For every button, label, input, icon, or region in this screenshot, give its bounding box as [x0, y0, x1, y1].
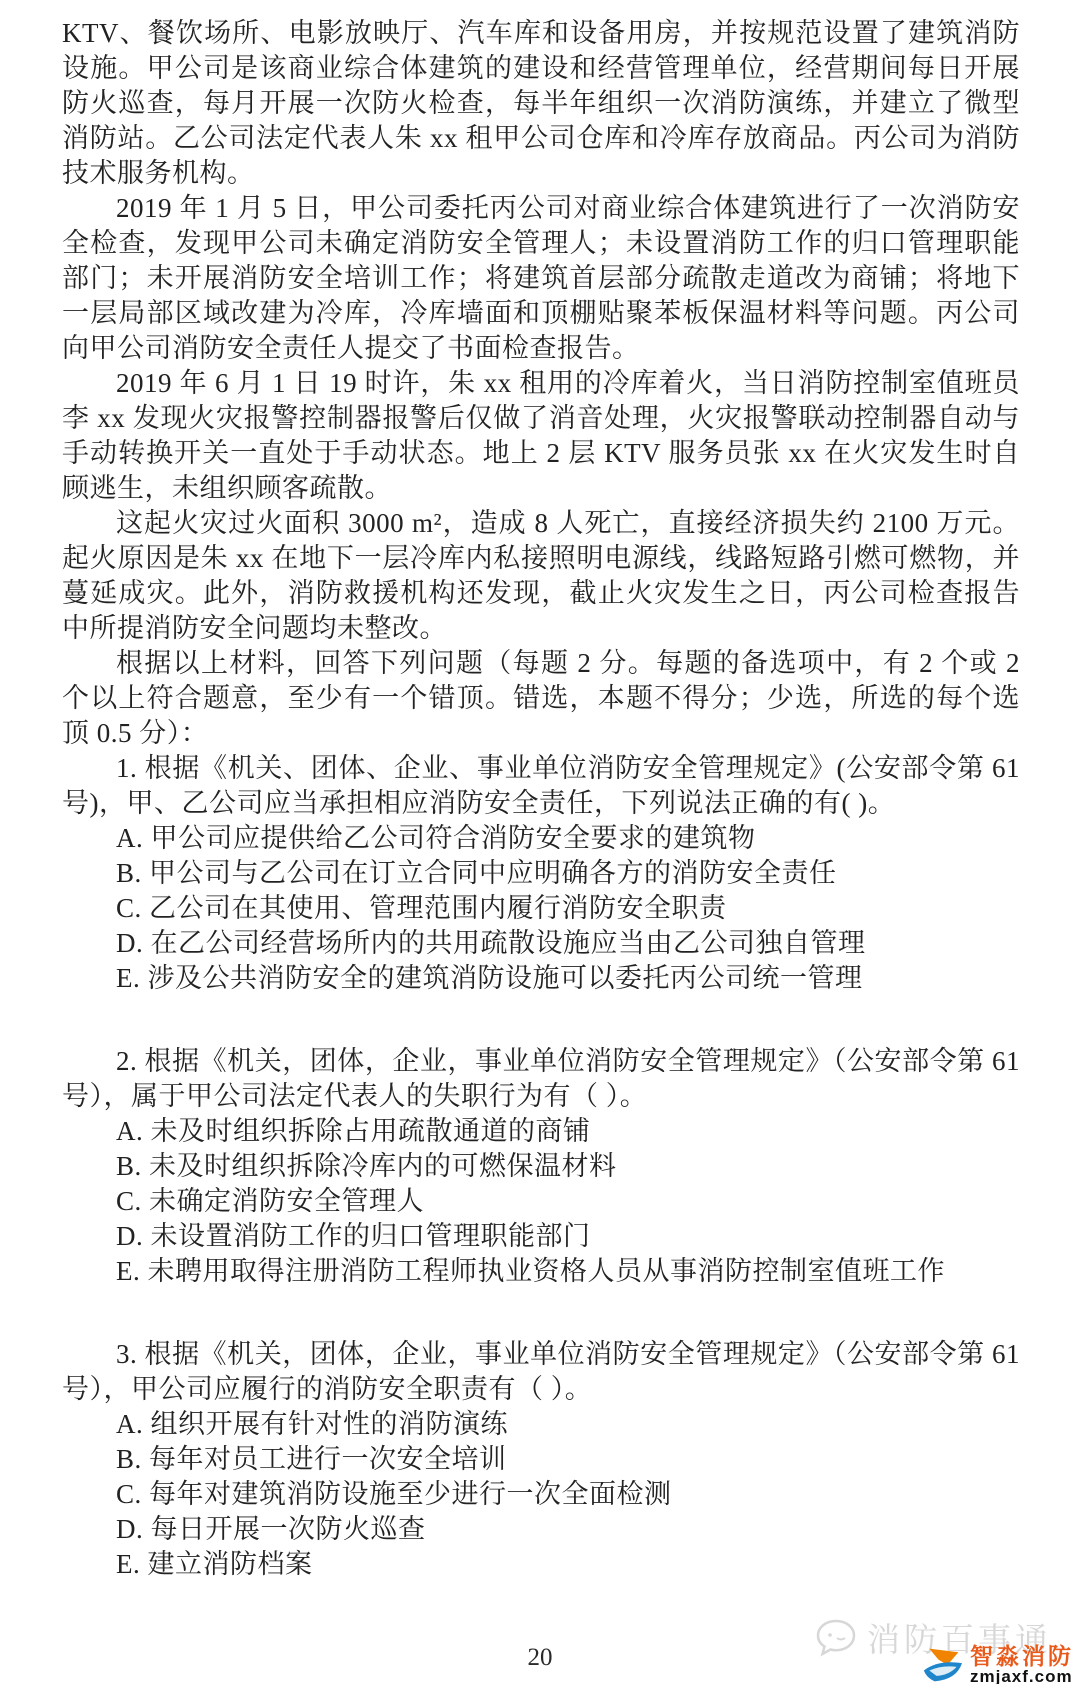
question-1-option-e: E. 涉及公共消防安全的建筑消防设施可以委托丙公司统一管理: [62, 961, 1020, 996]
question-3-stem: 3. 根据《机关，团体，企业，事业单位消防安全管理规定》（公安部令第 61 号）…: [62, 1337, 1020, 1407]
question-2-option-b: B. 未及时组织拆除冷库内的可燃保温材料: [62, 1149, 1020, 1184]
question-2-option-d: D. 未设置消防工作的归口管理职能部门: [62, 1219, 1020, 1254]
case-paragraph-continuation: KTV、餐饮场所、电影放映厅、汽车库和设备用房，并按规范设置了建筑消防设施。甲公…: [62, 16, 1020, 191]
page-content: KTV、餐饮场所、电影放映厅、汽车库和设备用房，并按规范设置了建筑消防设施。甲公…: [62, 16, 1020, 1582]
question-2-option-e: E. 未聘用取得注册消防工程师执业资格人员从事消防控制室值班工作: [62, 1254, 1020, 1289]
question-1-option-b: B. 甲公司与乙公司在订立合同中应明确各方的消防安全责任: [62, 856, 1020, 891]
document-page: KTV、餐饮场所、电影放映厅、汽车库和设备用房，并按规范设置了建筑消防设施。甲公…: [0, 0, 1080, 1684]
case-paragraph-fire-incident: 2019 年 6 月 1 日 19 时许，朱 xx 租用的冷库着火，当日消防控制…: [62, 366, 1020, 506]
question-3-option-d: D. 每日开展一次防火巡查: [62, 1512, 1020, 1547]
question-1-stem: 1. 根据《机关、团体、企业、事业单位消防安全管理规定》(公安部令第 61 号)…: [62, 751, 1020, 821]
question-3-option-c: C. 每年对建筑消防设施至少进行一次全面检测: [62, 1477, 1020, 1512]
question-2: 2. 根据《机关，团体，企业，事业单位消防安全管理规定》（公安部令第 61 号）…: [62, 1044, 1020, 1289]
question-1-option-d: D. 在乙公司经营场所内的共用疏散设施应当由乙公司独自管理: [62, 926, 1020, 961]
question-1-option-a: A. 甲公司应提供给乙公司符合消防安全要求的建筑物: [62, 821, 1020, 856]
question-3-option-e: E. 建立消防档案: [62, 1547, 1020, 1582]
question-2-stem: 2. 根据《机关，团体，企业，事业单位消防安全管理规定》（公安部令第 61 号）…: [62, 1044, 1020, 1114]
question-3-option-b: B. 每年对员工进行一次安全培训: [62, 1442, 1020, 1477]
question-2-option-c: C. 未确定消防安全管理人: [62, 1184, 1020, 1219]
instructions-paragraph: 根据以上材料，回答下列问题（每题 2 分。每题的备选项中，有 2 个或 2 个以…: [62, 646, 1020, 751]
question-3-option-a: A. 组织开展有针对性的消防演练: [62, 1407, 1020, 1442]
question-2-option-a: A. 未及时组织拆除占用疏散通道的商铺: [62, 1114, 1020, 1149]
case-paragraph-fire-result: 这起火灾过火面积 3000 m²，造成 8 人死亡，直接经济损失约 2100 万…: [62, 506, 1020, 646]
page-number: 20: [0, 1644, 1080, 1672]
question-3: 3. 根据《机关，团体，企业，事业单位消防安全管理规定》（公安部令第 61 号）…: [62, 1337, 1020, 1582]
question-1-option-c: C. 乙公司在其使用、管理范围内履行消防安全职责: [62, 891, 1020, 926]
case-paragraph-inspection: 2019 年 1 月 5 日，甲公司委托丙公司对商业综合体建筑进行了一次消防安全…: [62, 191, 1020, 366]
question-1: 1. 根据《机关、团体、企业、事业单位消防安全管理规定》(公安部令第 61 号)…: [62, 751, 1020, 996]
